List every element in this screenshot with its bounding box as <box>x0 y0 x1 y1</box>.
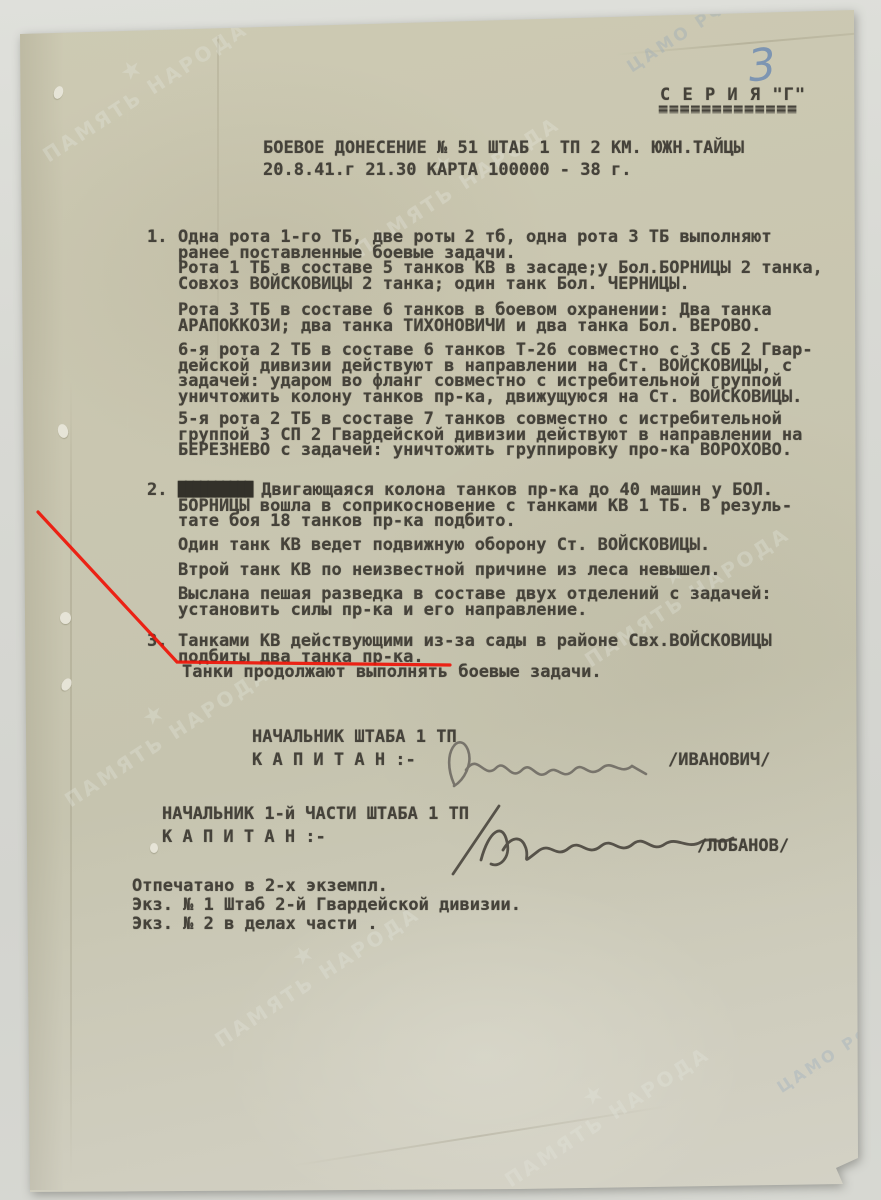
typed-line: БЕРЕЗНЕВО с задачей: уничтожить группиро… <box>178 443 838 459</box>
typed-line: Экз. № 2 в делах части . <box>132 917 521 936</box>
archive-watermark: ★ ПАМЯТЬ НАРОДА <box>486 1019 714 1192</box>
typed-line: тате боя 18 танков пр-ка подбито. <box>178 514 838 530</box>
paragraph-3: 3. Танками КВ действующими из-за сады в … <box>178 634 838 681</box>
archive-watermark: ЦАМО РФ <box>624 0 732 78</box>
paragraph-1: 1. Одна рота 1-го ТБ, две роты 2 тб, одн… <box>178 230 838 292</box>
archive-watermark: ЦАМО РФ <box>774 1021 877 1097</box>
paragraph-1d: 5-я рота 2 ТБ в составе 7 танков совмест… <box>178 412 838 459</box>
paragraph-1b: Рота 3 ТБ в составе 6 танков в боевом ох… <box>178 303 838 334</box>
typed-line: уничтожить колону танков пр-ка, движущую… <box>178 390 838 406</box>
scanned-document-page: { "document": { "handwritten_page_number… <box>0 0 881 1200</box>
signatory-2-name: /ЛОБАНОВ/ <box>697 839 789 855</box>
typed-line: Совхоз ВОЙСКОВИЦЫ 2 танка; один танк Бол… <box>178 277 838 293</box>
paragraph-2d: Выслана пешая разведка в составе двух от… <box>178 587 838 618</box>
document-title-line1: БОЕВОЕ ДОНЕСЕНИЕ № 51 ШТАБ 1 ТП 2 КМ. ЮЖ… <box>263 141 744 157</box>
struck-out-word: ██████████ <box>178 483 252 499</box>
paper-crease <box>292 1105 668 1166</box>
paragraph-2c: Втрой танк КВ по неизвестной причине из … <box>178 563 838 579</box>
signatory-2-rank: К А П И Т А Н :- <box>162 830 326 846</box>
paper-blemish <box>60 612 71 624</box>
typed-line: АРАПОККОЗИ; два танка ТИХОНОВИЧИ и два т… <box>178 319 838 335</box>
paper-blemish <box>150 843 158 853</box>
typed-line: Втрой танк КВ по неизвестной причине из … <box>178 563 838 579</box>
document-title-line2: 20.8.41.г 21.30 КАРТА 100000 - 38 г. <box>263 163 631 179</box>
paragraph-1c: 6-я рота 2 ТБ в составе 6 танков Т-26 со… <box>178 343 838 405</box>
copies-note: Отпечатано в 2-х экземпл. Экз. № 1 Штаб … <box>132 879 521 937</box>
typed-line: Один танк КВ ведет подвижную оборону Ст.… <box>178 538 838 554</box>
series-underline: ============= <box>658 102 798 118</box>
typed-line: Танки продолжают выполнять боевые задачи… <box>182 665 838 681</box>
typed-line: установить силы пр-ка и его направление. <box>178 603 838 619</box>
signature-ivanovich <box>432 722 667 800</box>
signatory-2-position: НАЧАЛЬНИК 1-й ЧАСТИ ШТАБА 1 ТП <box>162 807 469 823</box>
paragraph-number: 2. <box>147 483 167 499</box>
signatory-1-rank: К А П И Т А Н :- <box>252 753 416 769</box>
paragraph-2: 2. ██████████Двигающаяся колона танков п… <box>178 483 838 530</box>
paragraph-2b: Один танк КВ ведет подвижную оборону Ст.… <box>178 538 838 554</box>
paper-crease <box>70 380 72 1180</box>
paper-edge-shadow <box>18 30 64 1190</box>
signatory-1-position: НАЧАЛЬНИК ШТАБА 1 ТП <box>252 730 457 746</box>
signatory-1-name: /ИВАНОВИЧ/ <box>668 753 770 769</box>
paragraph-number: 1. <box>147 230 167 246</box>
paragraph-number: 3. <box>147 634 167 650</box>
star-icon: ★ <box>486 1019 702 1173</box>
